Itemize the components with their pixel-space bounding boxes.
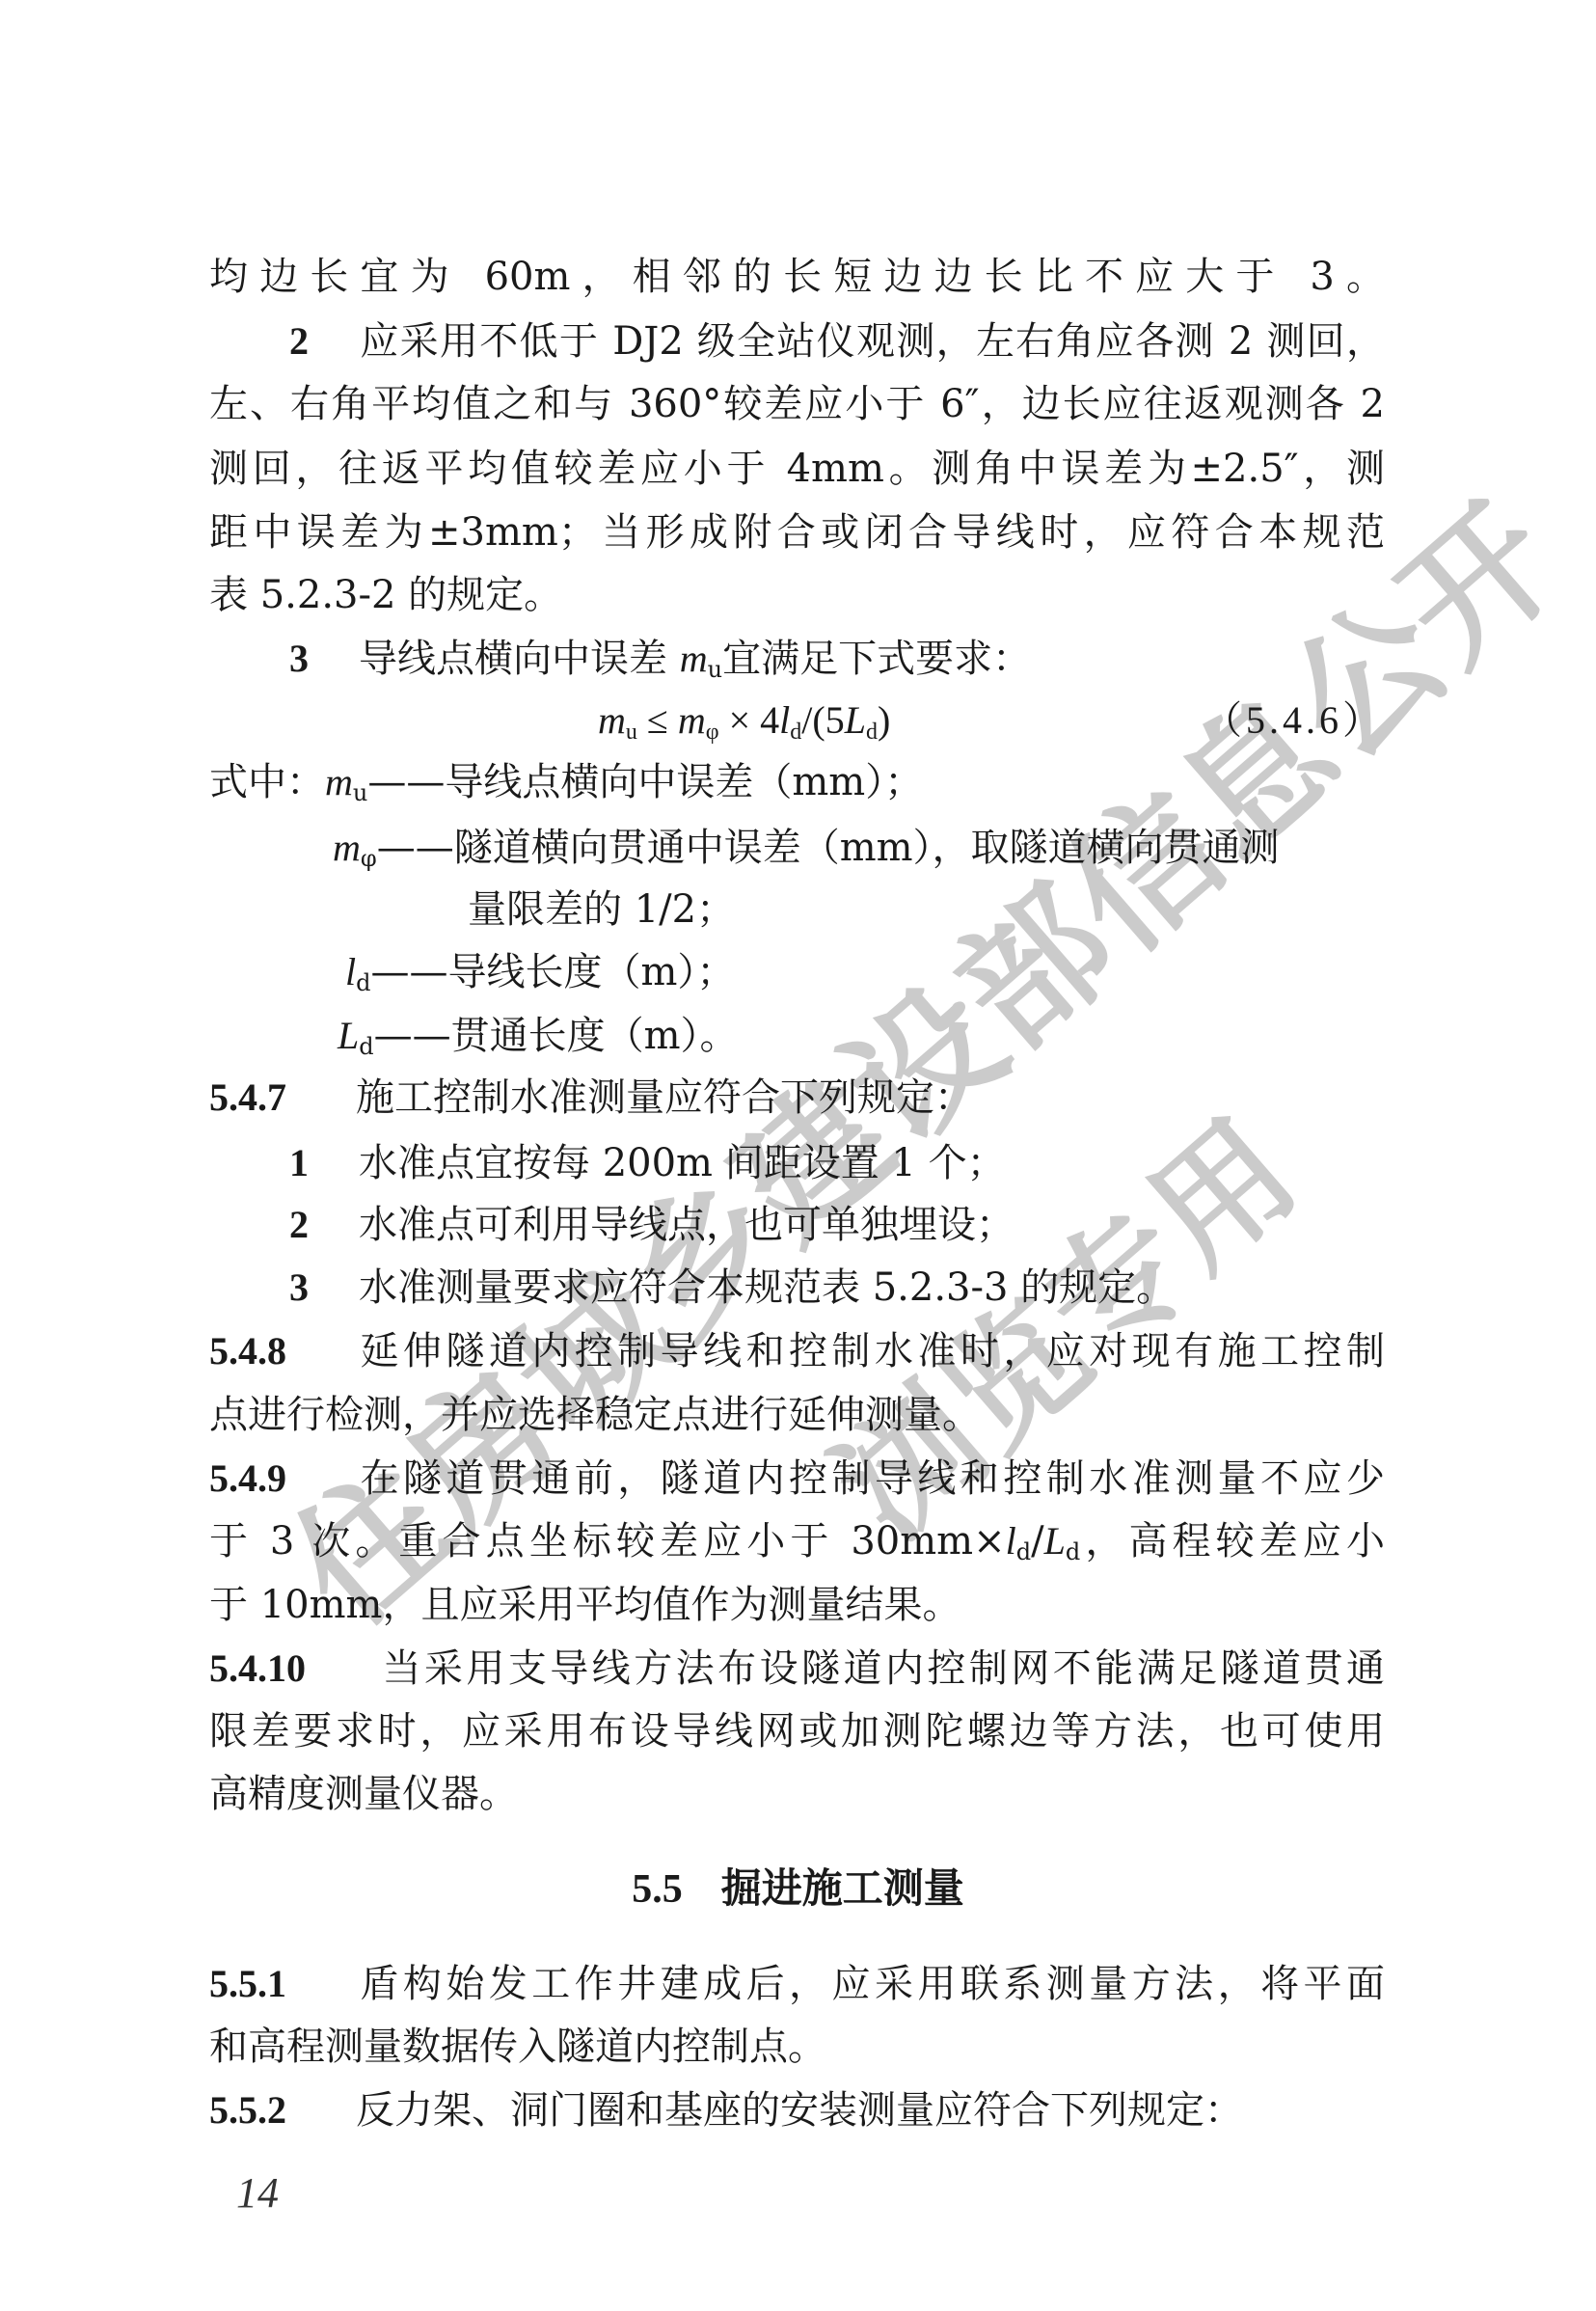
clause-5-4-10: 5.4.10当采用支导线方法布设隧道内控制网不能满足隧道贯通 <box>209 1640 1385 1698</box>
definition-line: ld——导线长度（m）； <box>345 943 1385 1001</box>
slash: /(5 <box>801 698 844 742</box>
equation-number: （5.4.6） <box>1204 692 1385 749</box>
paragraph-line: 高精度测量仪器。 <box>209 1765 1385 1823</box>
clause-5-4-8: 5.4.8延伸隧道内控制导线和控制水准时，应对现有施工控制 <box>209 1322 1385 1380</box>
clause-5-4-7: 5.4.7施工控制水准测量应符合下列规定： <box>209 1069 1385 1127</box>
definition-text: ——隧道横向贯通中误差（mm），取隧道横向贯通测 <box>377 826 1280 870</box>
text: 在隧道贯通前，隧道内控制导线和控制水准测量不应少 <box>356 1456 1385 1501</box>
math-var-m: m <box>678 698 706 742</box>
list-item: 1水准点宜按每 200m 间距设置 1 个； <box>289 1134 1385 1192</box>
section-heading: 5.5掘进施工测量 <box>0 1860 1596 1918</box>
item-number: 2 <box>289 313 359 370</box>
text: 表 5.2.3-2 的规定。 <box>209 573 562 617</box>
definition-text: ——导线点横向中误差（mm）； <box>367 760 923 804</box>
math-sub: d <box>359 1033 373 1060</box>
text: 限差要求时，应采用布设导线网或加测陀螺边等方法，也可使用 <box>209 1709 1385 1754</box>
clause-5-5-1: 5.5.1盾构始发工作井建成后，应采用联系测量方法，将平面 <box>209 1955 1385 2013</box>
paragraph-line: 均边长宜为 60m，相邻的长短边边长比不应大于 3。 <box>209 248 1385 306</box>
text: 距中误差为±3mm；当形成附合或闭合导线时，应符合本规范 <box>209 510 1385 555</box>
list-item: 2水准点可利用导线点，也可单独埋设； <box>289 1196 1385 1254</box>
math-var-m: m <box>598 698 626 742</box>
paragraph-line: 限差要求时，应采用布设导线网或加测陀螺边等方法，也可使用 <box>209 1702 1385 1760</box>
text: 应采用不低于 DJ2 级全站仪观测，左右角应各测 2 测回， <box>359 319 1385 364</box>
clause-number: 5.5.2 <box>209 2081 356 2139</box>
section-title: 掘进施工测量 <box>721 1864 964 1912</box>
text: 当采用支导线方法布设隧道内控制网不能满足隧道贯通 <box>379 1646 1385 1691</box>
section-number: 5.5 <box>632 1867 683 1912</box>
text: 施工控制水准测量应符合下列规定： <box>356 1075 973 1120</box>
math-sub-u: u <box>708 656 722 683</box>
clause-number: 5.4.9 <box>209 1450 356 1508</box>
definition-text: ——贯通长度（m）。 <box>374 1014 739 1058</box>
times-symbol: × 4 <box>719 698 780 742</box>
paragraph-line: 于 10mm，且应采用平均值作为测量结果。 <box>209 1576 1385 1634</box>
where-label: 式中： <box>209 760 325 804</box>
clause-number: 5.4.7 <box>209 1069 356 1127</box>
clause-number: 5.4.8 <box>209 1322 356 1380</box>
math-sub-u: u <box>626 720 637 745</box>
math-var-L: L <box>1044 1519 1066 1563</box>
list-item-3-line: 3导线点横向中误差 mu宜满足下式要求： <box>289 630 1385 688</box>
definition-line: 式中：mu——导线点横向中误差（mm）； <box>209 753 1385 811</box>
definition-text: 量限差的 1/2； <box>468 887 735 932</box>
math-sub: d <box>356 969 370 996</box>
math-var: L <box>338 1014 359 1057</box>
list-item: 3水准测量要求应符合本规范表 5.2.3-3 的规定。 <box>289 1259 1385 1317</box>
math-var-m: m <box>680 637 708 680</box>
math-sub: φ <box>361 845 377 872</box>
paragraph-line: 距中误差为±3mm；当形成附合或闭合导线时，应符合本规范 <box>209 503 1385 561</box>
text: 水准点可利用导线点，也可单独埋设； <box>359 1203 1014 1247</box>
page-number: 14 <box>236 2168 279 2217</box>
math-var: m <box>325 760 353 803</box>
item-number: 2 <box>289 1196 359 1254</box>
math-sub: u <box>353 779 367 806</box>
math-var: m <box>333 826 361 869</box>
definition-line: Ld——贯通长度（m）。 <box>338 1007 1385 1065</box>
math-var: l <box>345 950 356 993</box>
item-number: 1 <box>289 1134 359 1192</box>
text: 均边长宜为 60m，相邻的长短边边长比不应大于 3。 <box>209 255 1385 299</box>
document-page: 住房城乡建设部信息公开 浏览专用 均边长宜为 60m，相邻的长短边边长比不应大于… <box>0 0 1596 2311</box>
close-paren: ) <box>878 698 890 742</box>
math-sub-d: d <box>866 720 878 745</box>
text: 宜满足下式要求： <box>722 637 1031 681</box>
text: 导线点横向中误差 <box>359 637 680 681</box>
paragraph-line: 和高程测量数据传入隧道内控制点。 <box>209 2018 1385 2076</box>
text: 测回，往返平均值较差应小于 4mm。测角中误差为±2.5″，测 <box>209 447 1385 491</box>
slash: / <box>1031 1519 1043 1563</box>
clause-5-5-2: 5.5.2反力架、洞门圈和基座的安装测量应符合下列规定： <box>209 2081 1385 2139</box>
definition-text: ——导线长度（m）； <box>371 950 736 994</box>
formula: mu ≤ mφ × 4ld/(5Ld) <box>598 692 890 749</box>
text: 水准测量要求应符合本规范表 5.2.3-3 的规定。 <box>359 1265 1175 1310</box>
text: 于 3 次。重合点坐标较差应小于 30mm× <box>209 1519 1006 1563</box>
clause-number: 5.4.10 <box>209 1640 379 1698</box>
text: 延伸隧道内控制导线和控制水准时，应对现有施工控制 <box>356 1329 1385 1373</box>
paragraph-line: 测回，往返平均值较差应小于 4mm。测角中误差为±2.5″，测 <box>209 440 1385 498</box>
text: 于 10mm，且应采用平均值作为测量结果。 <box>209 1583 960 1627</box>
math-var-l: l <box>1006 1519 1016 1563</box>
text: 高精度测量仪器。 <box>209 1772 518 1816</box>
math-sub-d: d <box>1066 1538 1080 1565</box>
definition-line: mφ——隧道横向贯通中误差（mm），取隧道横向贯通测 <box>333 819 1385 877</box>
math-sub-d: d <box>790 720 801 745</box>
paragraph-line: 左、右角平均值之和与 360°较差应小于 6″，边长应往返观测各 2 <box>209 375 1385 433</box>
clause-5-4-9: 5.4.9在隧道贯通前，隧道内控制导线和控制水准测量不应少 <box>209 1450 1385 1508</box>
text: 盾构始发工作井建成后，应采用联系测量方法，将平面 <box>356 1962 1385 2006</box>
text: 点进行检测，并应选择稳定点进行延伸测量。 <box>209 1393 981 1437</box>
text: 左、右角平均值之和与 360°较差应小于 6″，边长应往返观测各 2 <box>209 382 1385 426</box>
math-sub-d: d <box>1016 1538 1031 1565</box>
text: 水准点宜按每 200m 间距设置 1 个； <box>359 1141 1006 1185</box>
text: 和高程测量数据传入隧道内控制点。 <box>209 2025 826 2069</box>
list-item-2-line: 2应采用不低于 DJ2 级全站仪观测，左右角应各测 2 测回， <box>289 313 1385 370</box>
definition-line: 量限差的 1/2； <box>468 881 1385 938</box>
text: 反力架、洞门圈和基座的安装测量应符合下列规定： <box>356 2088 1243 2133</box>
item-number: 3 <box>289 1259 359 1317</box>
leq-symbol: ≤ <box>637 698 678 742</box>
paragraph-line: 表 5.2.3-2 的规定。 <box>209 566 1385 624</box>
item-number: 3 <box>289 630 359 688</box>
paragraph-line: 点进行检测，并应选择稳定点进行延伸测量。 <box>209 1386 1385 1444</box>
math-var-L: L <box>845 698 866 742</box>
paragraph-line: 于 3 次。重合点坐标较差应小于 30mm×ld/Ld，高程较差应小 <box>209 1512 1385 1570</box>
math-sub-phi: φ <box>706 720 719 745</box>
math-var-l: l <box>779 698 790 742</box>
clause-number: 5.5.1 <box>209 1955 356 2013</box>
text: ，高程较差应小 <box>1080 1519 1385 1563</box>
